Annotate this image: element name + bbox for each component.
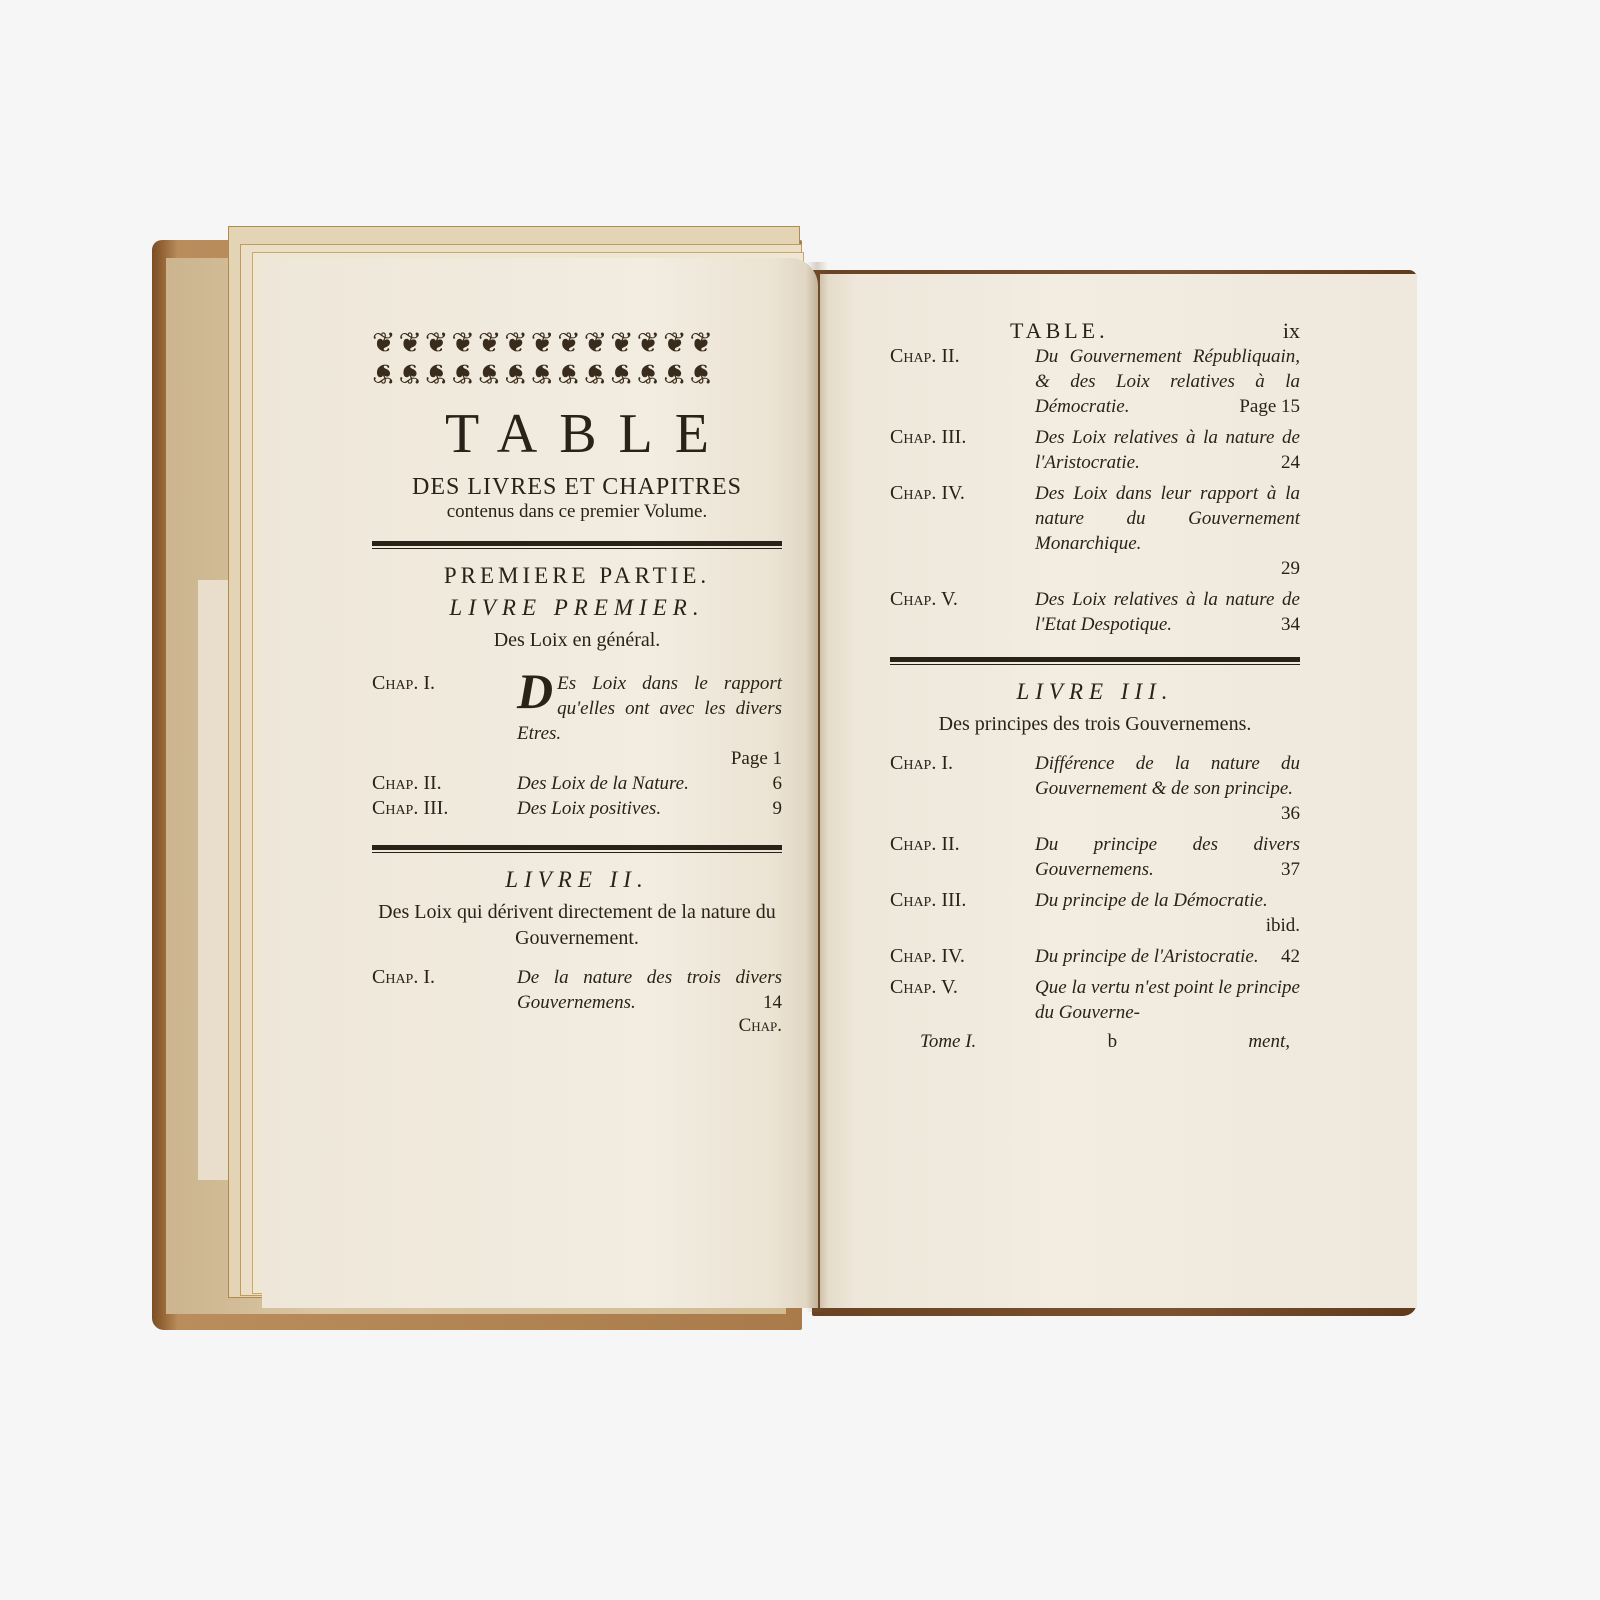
book-gutter bbox=[806, 262, 828, 1312]
toc-entry: Chap. III. Des Loix positives. 9 bbox=[372, 796, 782, 821]
toc-entry: Chap. III. Des Loix relatives à la natur… bbox=[890, 425, 1300, 475]
chapter-page: 37 bbox=[1281, 857, 1300, 882]
chapter-page: 24 bbox=[1281, 450, 1300, 475]
chapter-title: Des Loix positives. 9 bbox=[517, 796, 782, 821]
livre-heading: LIVRE PREMIER. bbox=[372, 595, 782, 621]
signature-mark: b bbox=[1108, 1031, 1118, 1053]
fleuron-border-icon: ❦❦❦❦❦❦❦❦❦❦❦❦❦ bbox=[372, 358, 782, 386]
chapter-page: ibid. bbox=[1266, 913, 1300, 938]
chapter-title: Des Loix relatives à la nature de l'Etat… bbox=[1035, 587, 1300, 637]
toc-entry: Chap. III. Du principe de la Démocratie.… bbox=[890, 888, 1300, 938]
chapter-title: Des Loix dans leur rapport à la nature d… bbox=[1035, 481, 1300, 581]
chapter-title-text: Des Loix relatives à la nature de l'Etat… bbox=[1035, 589, 1300, 635]
catchword: ment, bbox=[1248, 1031, 1290, 1053]
toc-entry: Chap. IV. Des Loix dans leur rapport à l… bbox=[890, 481, 1300, 581]
livre-description: Des principes des trois Gouvernemens. bbox=[890, 711, 1300, 737]
divider-rule bbox=[372, 541, 782, 549]
chapter-title: Du principe de la Démocratie. ibid. bbox=[1035, 888, 1300, 938]
chapter-label: Chap. II. bbox=[890, 832, 1035, 882]
fleuron-border-icon: ❦❦❦❦❦❦❦❦❦❦❦❦❦ bbox=[372, 330, 782, 358]
chapter-page: 14 bbox=[763, 990, 782, 1015]
chapter-label: Chap. V. bbox=[890, 975, 1035, 1025]
chapter-label: Chap. II. bbox=[372, 771, 517, 796]
livre-description: Des Loix qui dérivent directement de la … bbox=[372, 899, 782, 951]
chapter-title: De la nature des trois divers Gouverneme… bbox=[517, 965, 782, 1015]
chapter-title: D Es Loix dans le rapport qu'elles ont a… bbox=[517, 671, 782, 771]
chapter-page: Page 1 bbox=[517, 746, 782, 771]
chapter-page: 36 bbox=[1281, 801, 1300, 826]
toc-entry: Chap. V. Des Loix relatives à la nature … bbox=[890, 587, 1300, 637]
chapter-title-text: De la nature des trois divers Gouverneme… bbox=[517, 967, 782, 1013]
chapter-label: Chap. I. bbox=[890, 751, 1035, 826]
chapter-label: Chap. I. bbox=[372, 671, 517, 771]
part-heading: PREMIERE PARTIE. bbox=[372, 563, 782, 589]
chapter-page: 6 bbox=[773, 771, 783, 796]
tome-label: Tome I. bbox=[920, 1031, 976, 1053]
chapter-page: 9 bbox=[773, 796, 783, 821]
chapter-title-text: Des Loix dans leur rapport à la nature d… bbox=[1035, 483, 1300, 554]
chapter-title-text: Des Loix positives. bbox=[517, 798, 661, 819]
left-page-content: ❦❦❦❦❦❦❦❦❦❦❦❦❦ ❦❦❦❦❦❦❦❦❦❦❦❦❦ TABLE DES LI… bbox=[372, 330, 782, 1037]
toc-entry: Chap. II. Des Loix de la Nature. 6 bbox=[372, 771, 782, 796]
toc-entry: Chap. I. D Es Loix dans le rapport qu'el… bbox=[372, 671, 782, 771]
chapter-label: Chap. V. bbox=[890, 587, 1035, 637]
chapter-title: Différence de la nature du Gouvernement … bbox=[1035, 751, 1300, 826]
chapter-label: Chap. IV. bbox=[890, 944, 1035, 969]
toc-entry: Chap. IV. Du principe de l'Aristocratie.… bbox=[890, 944, 1300, 969]
page-subtitle: DES LIVRES ET CHAPITRES bbox=[372, 474, 782, 501]
chapter-title-text: Es Loix dans le rapport qu'elles ont ave… bbox=[517, 673, 782, 744]
chapter-title-text: Différence de la nature du Gouvernement … bbox=[1035, 753, 1300, 799]
chapter-page: Page 15 bbox=[1239, 394, 1300, 419]
chapter-title: Des Loix relatives à la nature de l'Aris… bbox=[1035, 425, 1300, 475]
running-head-title: TABLE. bbox=[1010, 318, 1109, 344]
folio-number: ix bbox=[1283, 318, 1300, 344]
chapter-title-text: Du principe des divers Gouvernemens. bbox=[1035, 834, 1300, 880]
chapter-title: Du Gouvernement Républiquain, & des Loix… bbox=[1035, 344, 1300, 419]
catchword: Chap. bbox=[372, 1015, 782, 1037]
chapter-page: 34 bbox=[1281, 612, 1300, 637]
chapter-title-text: Du principe de l'Aristocratie. bbox=[1035, 946, 1259, 967]
toc-entry: Chap. II. Du Gouvernement Républiquain, … bbox=[890, 344, 1300, 419]
chapter-title-text: Des Loix de la Nature. bbox=[517, 773, 689, 794]
toc-entry: Chap. II. Du principe des divers Gouvern… bbox=[890, 832, 1300, 882]
chapter-title-text: Des Loix relatives à la nature de l'Aris… bbox=[1035, 427, 1300, 473]
chapter-label: Chap. II. bbox=[890, 344, 1035, 419]
chapter-label: Chap. III. bbox=[372, 796, 517, 821]
toc-entry: Chap. I. De la nature des trois divers G… bbox=[372, 965, 782, 1015]
toc-entry: Chap. I. Différence de la nature du Gouv… bbox=[890, 751, 1300, 826]
right-page-content: TABLE. ix Chap. II. Du Gouvernement Répu… bbox=[890, 318, 1300, 1053]
chapter-title: Des Loix de la Nature. 6 bbox=[517, 771, 782, 796]
chapter-label: Chap. III. bbox=[890, 888, 1035, 938]
drop-cap: D bbox=[517, 671, 553, 711]
chapter-title-text: Du principe de la Démocratie. bbox=[1035, 890, 1268, 911]
chapter-title: Du principe des divers Gouvernemens. 37 bbox=[1035, 832, 1300, 882]
chapter-page: 42 bbox=[1281, 944, 1300, 969]
divider-rule bbox=[372, 845, 782, 853]
toc-entry: Chap. V. Que la vertu n'est point le pri… bbox=[890, 975, 1300, 1025]
livre-heading: LIVRE II. bbox=[372, 867, 782, 893]
chapter-title-text: Que la vertu n'est point le principe du … bbox=[1035, 977, 1300, 1023]
livre-heading: LIVRE III. bbox=[890, 679, 1300, 705]
chapter-title: Du principe de l'Aristocratie. 42 bbox=[1035, 944, 1300, 969]
chapter-label: Chap. I. bbox=[372, 965, 517, 1015]
page-subtitle-small: contenus dans ce premier Volume. bbox=[372, 501, 782, 523]
chapter-page: 29 bbox=[1035, 556, 1300, 581]
chapter-title: Que la vertu n'est point le principe du … bbox=[1035, 975, 1300, 1025]
divider-rule bbox=[890, 657, 1300, 665]
chapter-label: Chap. IV. bbox=[890, 481, 1035, 581]
page-title: TABLE bbox=[372, 404, 782, 464]
livre-description: Des Loix en général. bbox=[372, 627, 782, 653]
running-head: TABLE. ix bbox=[890, 318, 1300, 344]
signature-line: Tome I. b ment, bbox=[890, 1031, 1300, 1053]
chapter-label: Chap. III. bbox=[890, 425, 1035, 475]
